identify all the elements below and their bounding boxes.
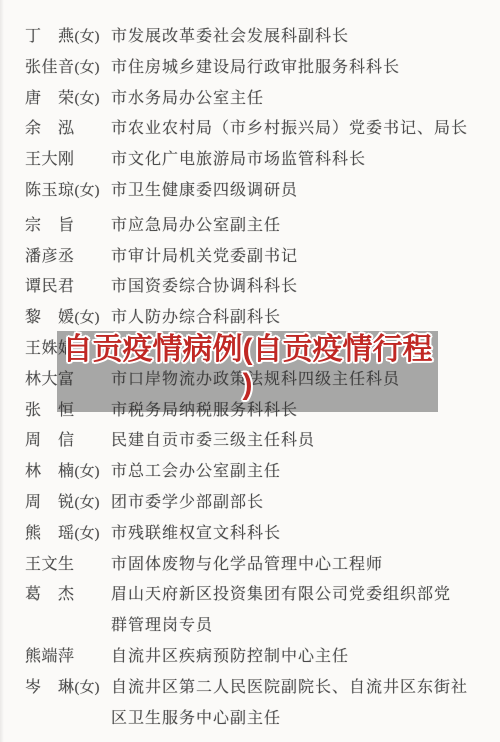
person-name: 葛 杰 — [25, 580, 111, 611]
person-name: 丁 燕(女) — [25, 22, 111, 53]
roster-list: 丁 燕(女)市发展改革委社会发展科副科长张佳音(女)市住房城乡建设局行政审批服务… — [0, 0, 500, 734]
position-line: 自流井区第二人民医院副院长、自流井区东街社 — [111, 673, 474, 704]
roster-row: 谭民君市国资委综合协调科科长 — [25, 272, 474, 303]
roster-row: 王文生市固体废物与化学品管理中心工程师 — [25, 550, 474, 581]
roster-row: 黎 媛(女)市人防办综合科副科长 — [25, 303, 474, 334]
person-position: 眉山天府新区投资集团有限公司党委组织部党群管理岗专员 — [111, 580, 474, 642]
person-position: 自流井区疾病预防控制中心主任 — [111, 642, 474, 673]
person-position: 市人防办综合科副科长 — [111, 303, 474, 334]
person-name: 宗 旨 — [25, 211, 111, 242]
gender-tag: (女) — [75, 183, 100, 199]
position-line: 市人防办综合科副科长 — [111, 303, 474, 334]
roster-row: 潘彦丞市审计局机关党委副书记 — [25, 242, 474, 273]
person-name: 潘彦丞 — [25, 242, 111, 273]
person-position: 市残联维权宣文科科长 — [111, 519, 474, 550]
person-name: 陈玉琼(女) — [25, 176, 111, 207]
person-position — [111, 334, 474, 365]
position-line: 市税务局纳税服务科科长 — [111, 396, 474, 427]
person-position: 市审计局机关党委副书记 — [111, 242, 474, 273]
scanned-document-page: 丁 燕(女)市发展改革委社会发展科副科长张佳音(女)市住房城乡建设局行政审批服务… — [0, 0, 500, 742]
roster-row: 岑 琳(女)自流井区第二人民医院副院长、自流井区东街社区卫生服务中心副主任 — [25, 673, 474, 735]
position-line: 市农业农村局（市乡村振兴局）党委书记、局长 — [111, 114, 474, 145]
position-line: 区卫生服务中心副主任 — [111, 704, 474, 735]
position-line: 市口岸物流办政策法规科四级主任科员 — [111, 365, 474, 396]
person-name: 林 楠(女) — [25, 457, 111, 488]
position-line: 眉山天府新区投资集团有限公司党委组织部党 — [111, 580, 474, 611]
position-line: 市国资委综合协调科科长 — [111, 272, 474, 303]
person-name: 谭民君 — [25, 272, 111, 303]
person-name: 王大刚 — [25, 145, 111, 176]
person-position: 市水务局办公室主任 — [111, 84, 474, 115]
person-name: 熊 瑶(女) — [25, 519, 111, 550]
roster-row: 熊端萍自流井区疾病预防控制中心主任 — [25, 642, 474, 673]
roster-row: 宗 旨市应急局办公室副主任 — [25, 211, 474, 242]
roster-row: 余 泓市农业农村局（市乡村振兴局）党委书记、局长 — [25, 114, 474, 145]
gender-tag: (女) — [75, 680, 100, 696]
person-name: 黎 媛(女) — [25, 303, 111, 334]
person-position: 市文化广电旅游局市场监管科科长 — [111, 145, 474, 176]
person-name: 熊端萍 — [25, 642, 111, 673]
person-position: 市卫生健康委四级调研员 — [111, 176, 474, 207]
position-line: 市残联维权宣文科科长 — [111, 519, 474, 550]
person-position: 自流井区第二人民医院副院长、自流井区东街社区卫生服务中心副主任 — [111, 673, 474, 735]
gender-tag: (女) — [75, 310, 100, 326]
gender-tag: (女) — [75, 91, 100, 107]
person-position: 民建自贡市委三级主任科员 — [111, 426, 474, 457]
position-line: 市应急局办公室副主任 — [111, 211, 474, 242]
person-name: 张 恒 — [25, 396, 111, 427]
person-name: 王姝婧 — [25, 334, 111, 365]
person-position: 市住房城乡建设局行政审批服务科科长 — [111, 53, 474, 84]
roster-row: 王姝婧 — [25, 334, 474, 365]
roster-row: 林 楠(女)市总工会办公室副主任 — [25, 457, 474, 488]
person-name: 唐 荣(女) — [25, 84, 111, 115]
person-position: 市农业农村局（市乡村振兴局）党委书记、局长 — [111, 114, 474, 145]
position-line: 民建自贡市委三级主任科员 — [111, 426, 474, 457]
gender-tag: (女) — [75, 495, 100, 511]
gender-tag: (女) — [75, 464, 100, 480]
person-name: 岑 琳(女) — [25, 673, 111, 704]
roster-row: 周 锐(女)团市委学少部副部长 — [25, 488, 474, 519]
person-name: 余 泓 — [25, 114, 111, 145]
roster-row: 周 信民建自贡市委三级主任科员 — [25, 426, 474, 457]
position-line: 团市委学少部副部长 — [111, 488, 474, 519]
person-name: 张佳音(女) — [25, 53, 111, 84]
position-line: 群管理岗专员 — [111, 611, 474, 642]
person-position: 市发展改革委社会发展科副科长 — [111, 22, 474, 53]
roster-row: 王大刚市文化广电旅游局市场监管科科长 — [25, 145, 474, 176]
gender-tag: (女) — [75, 60, 100, 76]
position-line: 市住房城乡建设局行政审批服务科科长 — [111, 53, 474, 84]
gender-tag: (女) — [75, 29, 100, 45]
roster-row: 张 恒市税务局纳税服务科科长 — [25, 396, 474, 427]
roster-row: 林大富市口岸物流办政策法规科四级主任科员 — [25, 365, 474, 396]
roster-row: 丁 燕(女)市发展改革委社会发展科副科长 — [25, 22, 474, 53]
position-line: 自流井区疾病预防控制中心主任 — [111, 642, 474, 673]
person-name: 林大富 — [25, 365, 111, 396]
position-line: 市文化广电旅游局市场监管科科长 — [111, 145, 474, 176]
position-line — [111, 334, 474, 365]
person-name: 王文生 — [25, 550, 111, 581]
roster-row: 张佳音(女)市住房城乡建设局行政审批服务科科长 — [25, 53, 474, 84]
position-line: 市审计局机关党委副书记 — [111, 242, 474, 273]
roster-row: 熊 瑶(女)市残联维权宣文科科长 — [25, 519, 474, 550]
roster-row: 唐 荣(女)市水务局办公室主任 — [25, 84, 474, 115]
person-position: 市总工会办公室副主任 — [111, 457, 474, 488]
person-position: 市口岸物流办政策法规科四级主任科员 — [111, 365, 474, 396]
person-name: 周 锐(女) — [25, 488, 111, 519]
position-line: 市固体废物与化学品管理中心工程师 — [111, 550, 474, 581]
position-line: 市卫生健康委四级调研员 — [111, 176, 474, 207]
position-line: 市总工会办公室副主任 — [111, 457, 474, 488]
person-position: 市税务局纳税服务科科长 — [111, 396, 474, 427]
roster-row: 葛 杰眉山天府新区投资集团有限公司党委组织部党群管理岗专员 — [25, 580, 474, 642]
position-line: 市发展改革委社会发展科副科长 — [111, 22, 474, 53]
person-position: 市固体废物与化学品管理中心工程师 — [111, 550, 474, 581]
position-line: 市水务局办公室主任 — [111, 84, 474, 115]
gender-tag: (女) — [75, 526, 100, 542]
person-position: 市国资委综合协调科科长 — [111, 272, 474, 303]
person-position: 市应急局办公室副主任 — [111, 211, 474, 242]
roster-row: 陈玉琼(女)市卫生健康委四级调研员 — [25, 176, 474, 207]
person-name: 周 信 — [25, 426, 111, 457]
person-position: 团市委学少部副部长 — [111, 488, 474, 519]
